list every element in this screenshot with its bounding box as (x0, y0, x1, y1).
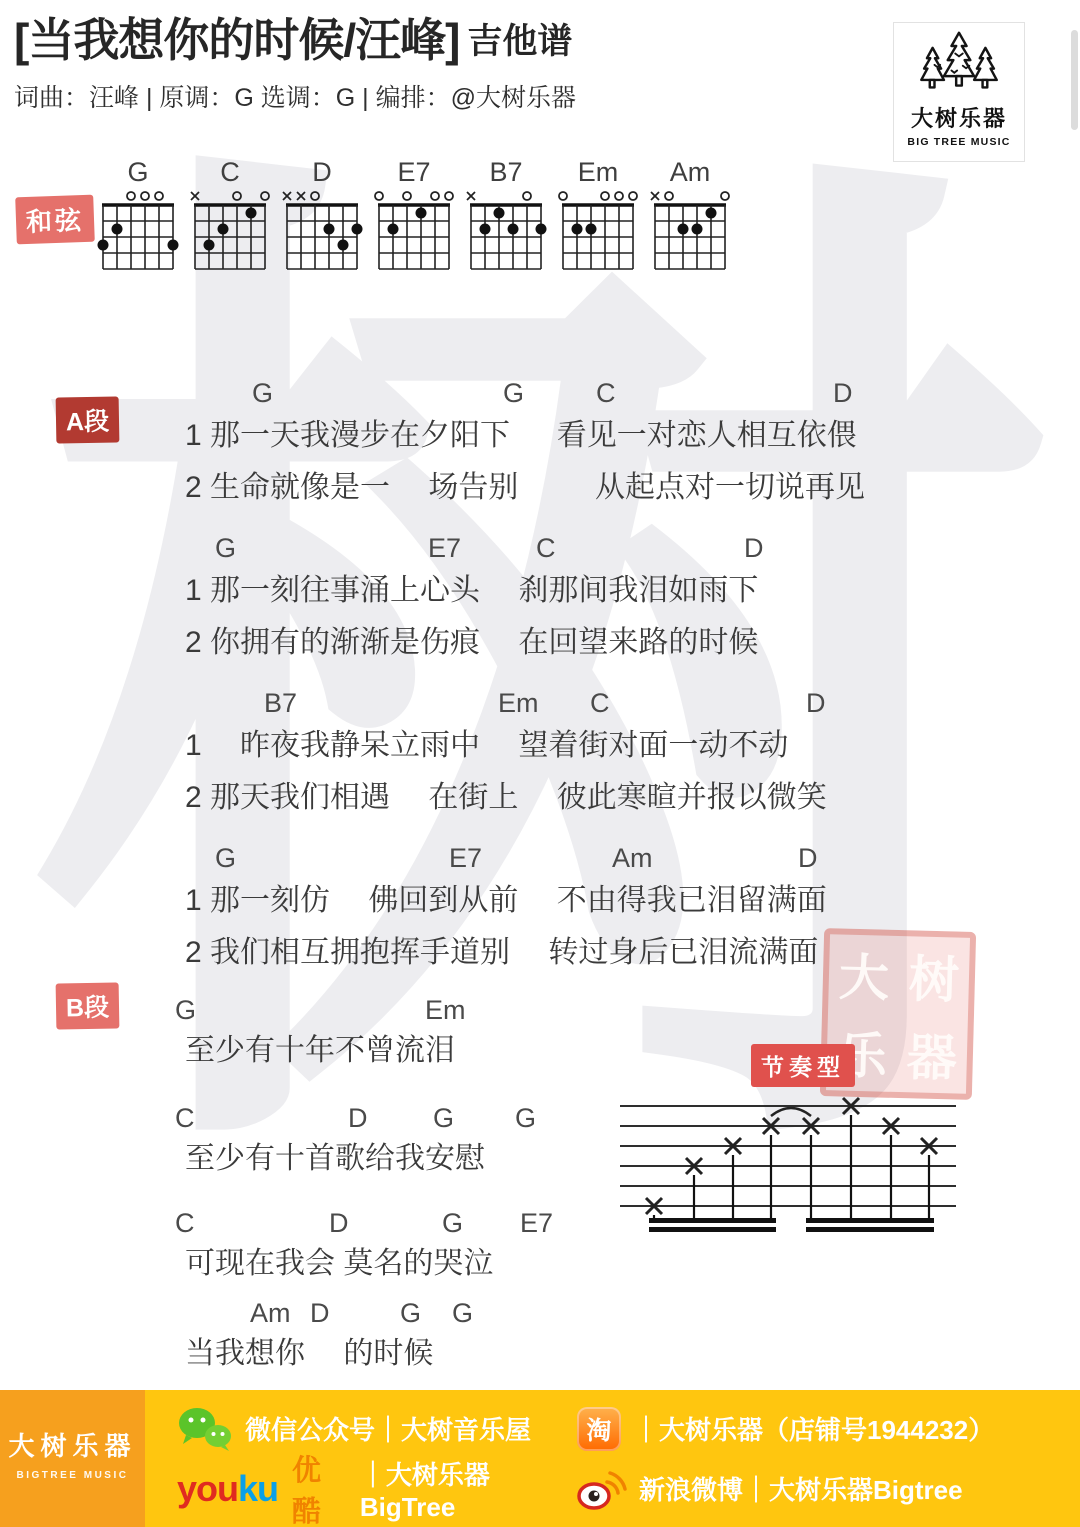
chord-label: B7 (264, 688, 297, 719)
chord-label: C (175, 1103, 195, 1134)
lyric-block: GE7CD1 那一刻往事涌上心头 刹那间我泪如雨下2 你拥有的渐渐是伤痕 在回望… (0, 533, 1080, 658)
chord-label: D (833, 378, 853, 409)
lyric-line: 当我想你 的时候 (185, 1328, 433, 1372)
chord-diagram-label: Em (552, 156, 644, 188)
chord-label: G (452, 1298, 473, 1329)
chord-label: C (175, 1208, 195, 1239)
wechat-label: 微信公众号｜大树音乐屋 (245, 1410, 531, 1447)
lyric-block: B7EmCD1 昨夜我静呆立雨中 望着街对面一动不动2 那天我们相遇 在街上 彼… (0, 688, 1080, 813)
rhythm-pattern-tab (616, 1096, 961, 1246)
scrollbar-thumb[interactable] (1071, 30, 1078, 130)
chord-diagram-label: D (276, 156, 368, 188)
chord-label: D (310, 1298, 330, 1329)
chord-label: G (215, 533, 236, 564)
chord-label: G (215, 843, 236, 874)
lyric-line: 2 我们相互拥抱挥手道别 转过身后已泪流满面 (185, 927, 818, 971)
chord-diagram-C: C (184, 156, 276, 289)
chord-diagram-E7: E7 (368, 156, 460, 289)
chord-diagram-B7: B7 (460, 156, 552, 289)
lyric-block: GE7AmD1 那一刻仿 佛回到从前 不由得我已泪留满面2 我们相互拥抱挥手道别… (0, 843, 1080, 968)
chord-label: G (252, 378, 273, 409)
footer-brand-name: 大树乐器 (0, 1426, 145, 1463)
lyric-line: 至少有十年不曾流泪 (185, 1025, 455, 1069)
chord-label: G (400, 1298, 421, 1329)
chord-diagram-label: G (92, 156, 184, 188)
chord-label: C (590, 688, 610, 719)
lyric-line: 至少有十首歌给我安慰 (185, 1133, 485, 1177)
weibo-icon (577, 1466, 627, 1512)
chord-diagram-D: D (276, 156, 368, 289)
taobao-link: 淘 ｜大树乐器（店铺号1944232） (577, 1407, 994, 1451)
youku-cn: 优酷 (292, 1448, 348, 1527)
chord-label: Am (250, 1298, 291, 1329)
chord-label: Em (425, 995, 466, 1026)
logo-subtitle: BIG TREE MUSIC (894, 136, 1024, 148)
chord-label: D (798, 843, 818, 874)
chord-label: D (348, 1103, 368, 1134)
bigtree-logo: 大树乐器 BIG TREE MUSIC (893, 22, 1025, 162)
chord-diagram-Em: Em (552, 156, 644, 289)
lyric-line: 2 那天我们相遇 在街上 彼此寒暄并报以微笑 (185, 772, 827, 816)
chord-label: E7 (449, 843, 482, 874)
lyric-line: 1 那一刻往事涌上心头 刹那间我泪如雨下 (185, 565, 758, 609)
lyric-line: 可现在我会 莫名的哭泣 (185, 1238, 493, 1282)
chord-label: E7 (520, 1208, 553, 1239)
youku-logo: youku (177, 1468, 278, 1510)
chord-label: G (433, 1103, 454, 1134)
chord-label: D (329, 1208, 349, 1239)
footer-brand-subtitle: BIGTREE MUSIC (0, 1470, 145, 1481)
chord-label: D (806, 688, 826, 719)
guitar-chord-sheet: 树 [当我想你的时候/汪峰] 吉他谱 词曲：汪峰 | 原调：G 选调：G | 编… (0, 0, 1080, 1527)
page-title-suffix: 吉他谱 (467, 14, 572, 66)
chord-diagram-label: Am (644, 156, 736, 188)
chord-label: G (175, 995, 196, 1026)
chord-label: C (536, 533, 556, 564)
page-title: [当我想你的时候/汪峰] (14, 15, 459, 66)
chord-label: G (503, 378, 524, 409)
chord-label: Am (612, 843, 653, 874)
chord-label: G (515, 1103, 536, 1134)
rhythm-badge: 节奏型 (751, 1044, 855, 1087)
youku-label: ｜大树乐器BigTree (360, 1455, 577, 1523)
lyric-line: 1 那一刻仿 佛回到从前 不由得我已泪留满面 (185, 875, 827, 919)
chord-label: C (596, 378, 616, 409)
lyric-block: GGCD1 那一天我漫步在夕阳下 看见一对恋人相互依偎2 生命就像是一 场告别 … (0, 378, 1080, 503)
chord-diagram-Am: Am (644, 156, 736, 289)
wechat-link: 微信公众号｜大树音乐屋 (177, 1405, 577, 1453)
chord-label: E7 (428, 533, 461, 564)
footer-brand: 大树乐器 BIGTREE MUSIC (0, 1390, 145, 1527)
taobao-label: ｜大树乐器（店铺号1944232） (633, 1410, 994, 1447)
chord-diagram-row: GCDE7B7EmAm (92, 156, 736, 289)
song-meta: 词曲：汪峰 | 原调：G 选调：G | 编排：@大树乐器 (14, 78, 576, 114)
wechat-icon (177, 1405, 233, 1453)
logo-name: 大树乐器 (894, 102, 1024, 133)
chord-label: D (744, 533, 764, 564)
youku-link: youku 优酷 ｜大树乐器BigTree (177, 1448, 577, 1527)
chord-label: Em (498, 688, 539, 719)
header: [当我想你的时候/汪峰] 吉他谱 词曲：汪峰 | 原调：G 选调：G | 编排：… (14, 14, 576, 114)
weibo-link: 新浪微博｜大树乐器Bigtree (577, 1466, 963, 1512)
lyric-line: 1 那一天我漫步在夕阳下 看见一对恋人相互依偎 (185, 410, 857, 454)
chord-diagram-label: B7 (460, 156, 552, 188)
taobao-icon: 淘 (577, 1407, 621, 1451)
taobao-char: 淘 (586, 1411, 611, 1447)
section-b-badge: B段 (56, 982, 120, 1029)
footer-links: 微信公众号｜大树音乐屋 淘 ｜大树乐器（店铺号1944232） youku 优酷… (145, 1390, 1080, 1527)
lyric-line: 2 你拥有的渐渐是伤痕 在回望来路的时候 (185, 617, 758, 661)
footer: 大树乐器 BIGTREE MUSIC 微信公众号｜大树音乐屋 (0, 1390, 1080, 1527)
weibo-label: 新浪微博｜大树乐器Bigtree (639, 1470, 963, 1507)
chord-diagram-G: G (92, 156, 184, 289)
section-a-badge: A段 (56, 396, 120, 443)
chord-diagram-label: C (184, 156, 276, 188)
chord-label: G (442, 1208, 463, 1239)
lyric-line: 1 昨夜我静呆立雨中 望着街对面一动不动 (185, 720, 788, 764)
chord-diagram-label: E7 (368, 156, 460, 188)
chords-badge: 和弦 (15, 195, 95, 245)
lyric-line: 2 生命就像是一 场告别 从起点对一切说再见 (185, 462, 865, 506)
pine-trees-icon (911, 29, 1007, 95)
